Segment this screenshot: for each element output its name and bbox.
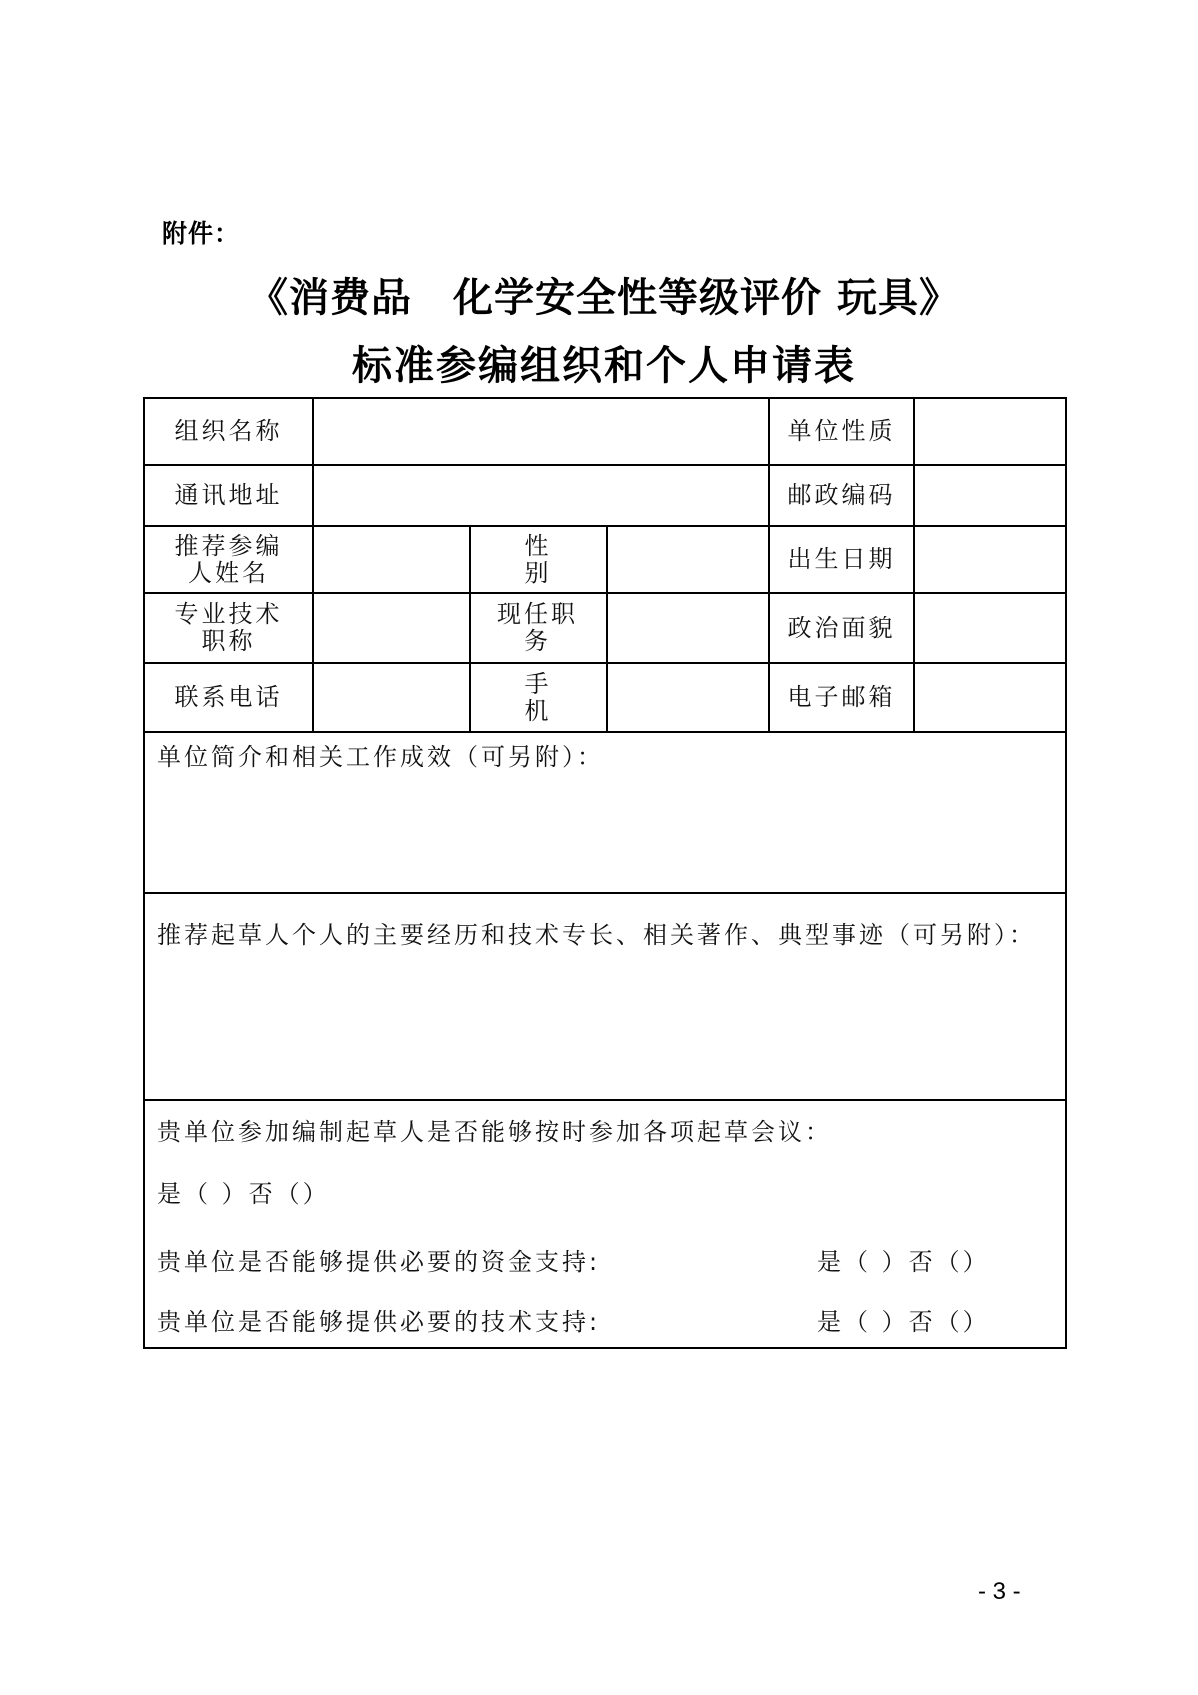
- label-birth-date: 出生日期: [770, 527, 913, 592]
- label-professional-title: 专业技术职称: [163, 594, 294, 662]
- birth-date-field[interactable]: [915, 527, 1065, 592]
- political-status-field[interactable]: [915, 594, 1065, 662]
- page-number: - 3 -: [978, 1578, 1021, 1606]
- label-mobile: 手机: [520, 664, 556, 731]
- tech-question-row: 贵单位是否能够提供必要的技术支持: 是（ ）否（）: [157, 1307, 1053, 1337]
- meeting-question: 贵单位参加编制起草人是否能够按时参加各项起草会议：: [157, 1117, 1053, 1147]
- tech-question: 贵单位是否能够提供必要的技术支持:: [157, 1308, 600, 1336]
- address-field[interactable]: [314, 466, 768, 525]
- meeting-answer[interactable]: 是（ ）否（）: [157, 1179, 1053, 1209]
- label-gender: 性别: [520, 527, 556, 592]
- label-current-position: 现任职务: [485, 594, 590, 662]
- section-divider: [145, 1099, 1065, 1101]
- label-address: 通讯地址: [145, 466, 312, 525]
- email-field[interactable]: [915, 664, 1065, 731]
- drafter-profile-label: 推荐起草人个人的主要经历和技术专长、相关著作、典型事迹（可另附）：: [157, 913, 1053, 957]
- row-divider: [145, 731, 1065, 733]
- unit-intro-label: 单位简介和相关工作成效（可另附）：: [157, 737, 1053, 777]
- document-title-line1: 《消费品 化学安全性等级评价 玩具》: [0, 266, 1198, 323]
- document-title-line2: 标准参编组织和个人申请表: [0, 334, 1198, 391]
- mobile-field[interactable]: [608, 664, 768, 731]
- drafter-profile-field[interactable]: [145, 1009, 1065, 1097]
- attachment-label: 附件：: [162, 214, 240, 250]
- org-name-field[interactable]: [314, 399, 768, 464]
- unit-nature-field[interactable]: [915, 399, 1065, 464]
- nominee-name-field[interactable]: [314, 527, 469, 592]
- gender-field[interactable]: [608, 527, 768, 592]
- unit-intro-field[interactable]: [145, 779, 1065, 891]
- tech-answer[interactable]: 是（ ）否（）: [817, 1307, 990, 1337]
- application-form-table: 组织名称 单位性质 通讯地址 邮政编码 推荐参编人姓名 性别 出生日期 专业技术…: [143, 397, 1067, 1349]
- col-divider: [469, 525, 471, 733]
- current-position-field[interactable]: [608, 594, 768, 662]
- funding-question-row: 贵单位是否能够提供必要的资金支持: 是（ ）否（）: [157, 1247, 1053, 1277]
- label-nominee-name: 推荐参编人姓名: [163, 527, 294, 592]
- funding-answer[interactable]: 是（ ）否（）: [817, 1247, 990, 1277]
- label-phone: 联系电话: [145, 664, 312, 731]
- phone-field[interactable]: [314, 664, 469, 731]
- label-org-name: 组织名称: [145, 399, 312, 464]
- section-divider: [145, 892, 1065, 894]
- funding-question: 贵单位是否能够提供必要的资金支持:: [157, 1248, 600, 1276]
- label-email: 电子邮箱: [770, 664, 913, 731]
- label-political-status: 政治面貌: [770, 594, 913, 662]
- label-unit-nature: 单位性质: [770, 399, 913, 464]
- professional-title-field[interactable]: [314, 594, 469, 662]
- label-postal-code: 邮政编码: [770, 466, 913, 525]
- postal-code-field[interactable]: [915, 466, 1065, 525]
